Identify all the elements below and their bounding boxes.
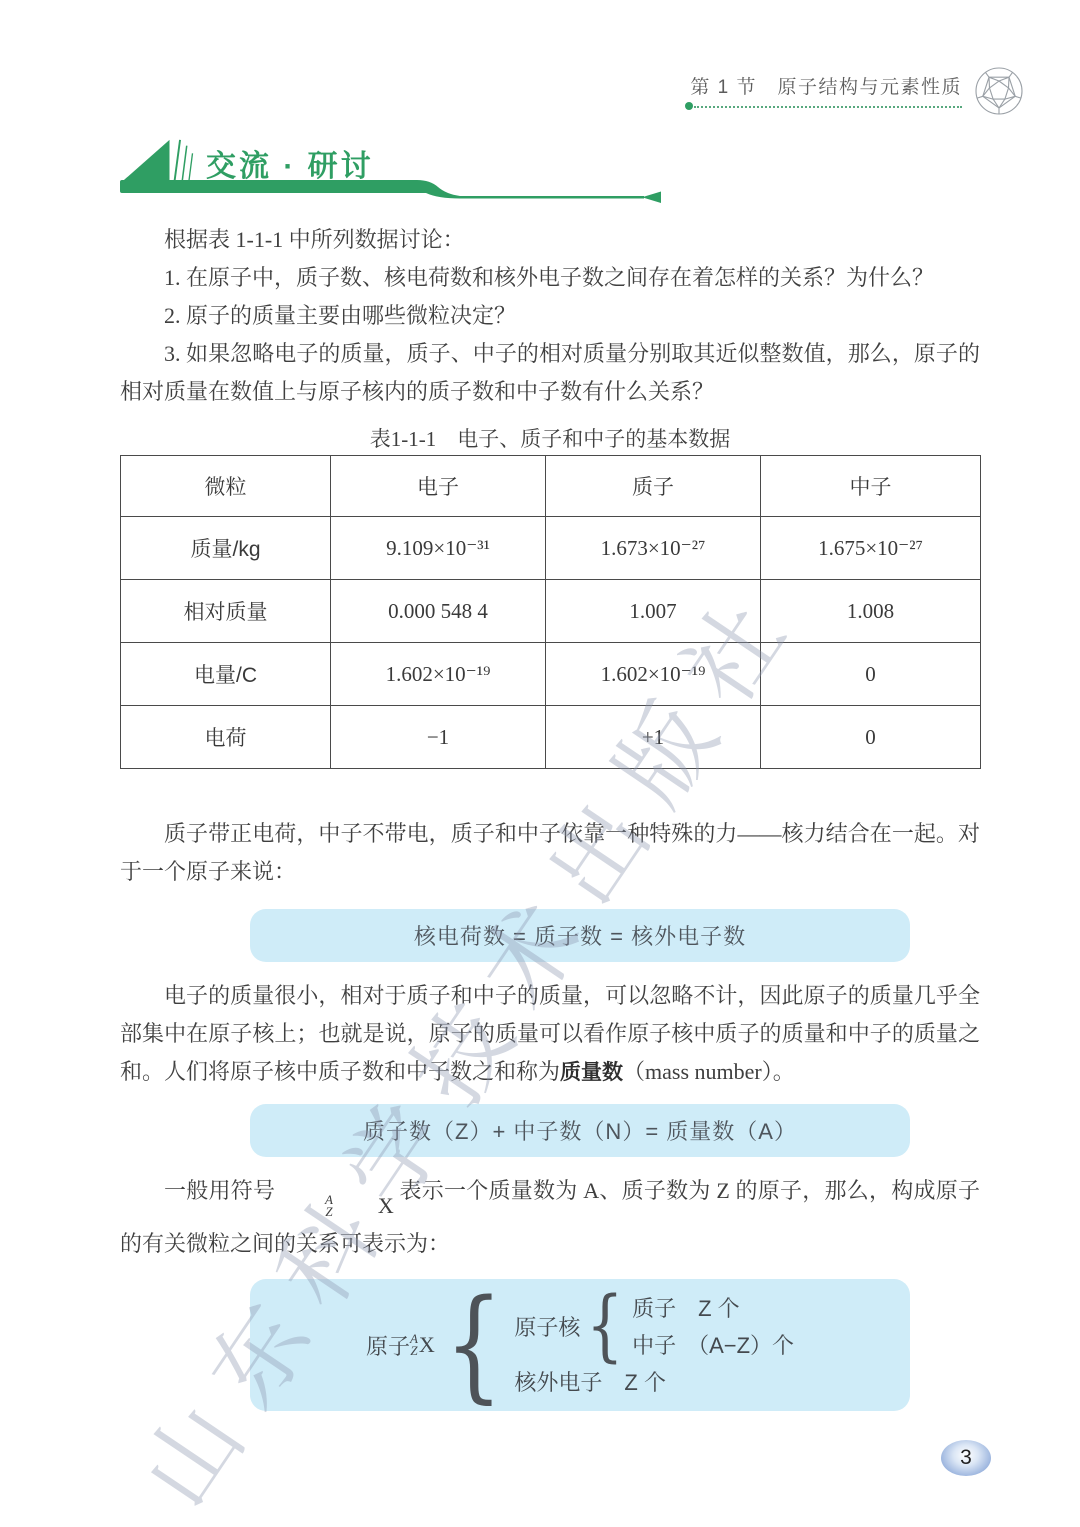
paragraph-text: 电子的质量很小，相对于质子和中子的质量，可以忽略不计，因此原子的质量几乎全部集中… [120, 983, 980, 1084]
col-header-particle: 微粒 [121, 456, 331, 517]
table-row-mass: 质量/kg 9.109×10⁻³¹ 1.673×10⁻²⁷ 1.675×10⁻²… [121, 517, 981, 580]
outer-brace: { [445, 1293, 503, 1397]
formula-box-charge: 核电荷数 = 质子数 = 核外电子数 [250, 909, 910, 962]
atom-branches: 原子核 { 质子 Z 个 中子 （A−Z）个 核外电子 Z 个 [514, 1290, 794, 1401]
discussion-question-1: 1. 在原子中，质子数、核电荷数和核外电子数之间存在着怎样的关系？为什么？ [120, 259, 980, 297]
nuclide-notation: AZX [281, 1187, 394, 1225]
table-cell: 1.008 [761, 580, 981, 643]
nucleus-particles: 质子 Z 个 中子 （A−Z）个 [632, 1290, 794, 1364]
table-cell: 1.007 [546, 580, 761, 643]
nucleus-label: 原子核 [514, 1311, 580, 1342]
table-cell: 0 [761, 706, 981, 769]
table-row-charge-quantity: 电量/C 1.602×10⁻¹⁹ 1.602×10⁻¹⁹ 0 [121, 643, 981, 706]
page-header: 第 1 节 原子结构与元素性质 [690, 64, 1026, 118]
nuclide-symbol-paragraph: 一般用符号 AZX 表示一个质量数为 A、质子数为 Z 的原子，那么，构成原子的… [120, 1172, 980, 1263]
table-row-relative-mass: 相对质量 0.000 548 4 1.007 1.008 [121, 580, 981, 643]
proton-line: 质子 Z 个 [632, 1290, 794, 1327]
fullerene-icon [972, 64, 1026, 118]
mass-number-paragraph: 电子的质量很小，相对于质子和中子的质量，可以忽略不计，因此原子的质量几乎全部集中… [120, 977, 980, 1092]
table-cell: −1 [331, 706, 546, 769]
table-cell: 0 [761, 643, 981, 706]
banner-underline [120, 179, 665, 205]
table-cell: 1.675×10⁻²⁷ [761, 517, 981, 580]
atom-composition-diagram: 原子AZX { 原子核 { 质子 Z 个 中子 （A−Z）个 核外电子 Z 个 [366, 1290, 794, 1401]
table-cell: 0.000 548 4 [331, 580, 546, 643]
row-label-mass: 质量/kg [121, 517, 331, 580]
neutron-line: 中子 （A−Z）个 [632, 1327, 794, 1364]
atom-label: 原子AZX [366, 1330, 435, 1361]
activity-banner-title: 交流 · 研讨 [206, 152, 374, 184]
inner-brace: { [587, 1293, 624, 1359]
row-label-relative-mass: 相对质量 [121, 580, 331, 643]
formula-mass-number-text: 质子数（Z）+ 中子数（N）= 质量数（A） [363, 1115, 797, 1146]
atom-label-text: 原子 [366, 1330, 410, 1361]
atom-composition-box: 原子AZX { 原子核 { 质子 Z 个 中子 （A−Z）个 核外电子 Z 个 [250, 1279, 910, 1411]
nucleus-branch: 原子核 { 质子 Z 个 中子 （A−Z）个 [514, 1290, 794, 1364]
page-content: 交流 · 研讨 根据表 1-1-1 中所列数据讨论： 1. 在原子中，质子数、核… [120, 140, 980, 1411]
paragraph-text: （mass number）。 [623, 1059, 795, 1084]
nuclide-notation: AZX [410, 1332, 435, 1358]
nuclide-proton-number: Z [281, 1206, 332, 1218]
col-header-neutron: 中子 [761, 456, 981, 517]
paragraph-text: 一般用符号 [164, 1178, 281, 1203]
table-header-row: 微粒 电子 质子 中子 [121, 456, 981, 517]
particle-data-table: 微粒 电子 质子 中子 质量/kg 9.109×10⁻³¹ 1.673×10⁻²… [120, 455, 981, 769]
page-number-badge: 3 [941, 1440, 991, 1476]
row-label-charge: 电荷 [121, 706, 331, 769]
discussion-question-2: 2. 原子的质量主要由哪些微粒决定？ [120, 297, 980, 335]
nuclide-stack: AZ [281, 1194, 333, 1218]
col-header-electron: 电子 [331, 456, 546, 517]
table-cell: 9.109×10⁻³¹ [331, 517, 546, 580]
table-cell: 1.602×10⁻¹⁹ [546, 643, 761, 706]
discussion-lead: 根据表 1-1-1 中所列数据讨论： [120, 221, 980, 259]
dotted-rule [694, 106, 962, 108]
section-title: 第 1 节 原子结构与元素性质 [690, 72, 962, 99]
formula-box-mass-number: 质子数（Z）+ 中子数（N）= 质量数（A） [250, 1104, 910, 1157]
electron-line: 核外电子 Z 个 [514, 1364, 794, 1401]
mass-number-term: 质量数 [560, 1061, 623, 1084]
nuclide-proton-number: Z [410, 1345, 417, 1357]
header-text-block: 第 1 节 原子结构与元素性质 [690, 64, 962, 108]
activity-banner: 交流 · 研讨 [120, 140, 980, 205]
banner-flag-icon [120, 138, 196, 184]
nuclide-element-symbol: X [334, 1187, 394, 1225]
discussion-question-3: 3. 如果忽略电子的质量，质子、中子的相对质量分别取其近似整数值，那么，原子的相… [120, 335, 980, 411]
col-header-proton: 质子 [546, 456, 761, 517]
discussion-block: 根据表 1-1-1 中所列数据讨论： 1. 在原子中，质子数、核电荷数和核外电子… [120, 221, 980, 411]
textbook-page: 山东科学技术出版社 第 1 节 原子结构与元素性质 [0, 0, 1080, 1527]
table-cell: 1.673×10⁻²⁷ [546, 517, 761, 580]
nuclide-element-symbol: X [419, 1332, 435, 1358]
table-cell: +1 [546, 706, 761, 769]
table-cell: 1.602×10⁻¹⁹ [331, 643, 546, 706]
table-row-charge: 电荷 −1 +1 0 [121, 706, 981, 769]
row-label-charge-quantity: 电量/C [121, 643, 331, 706]
formula-charge-text: 核电荷数 = 质子数 = 核外电子数 [414, 920, 746, 951]
nuclide-stack: AZ [410, 1333, 418, 1357]
nuclear-force-paragraph: 质子带正电荷，中子不带电，质子和中子依靠一种特殊的力——核力结合在一起。对于一个… [120, 815, 980, 891]
table-caption: 表1-1-1 电子、质子和中子的基本数据 [120, 423, 980, 455]
